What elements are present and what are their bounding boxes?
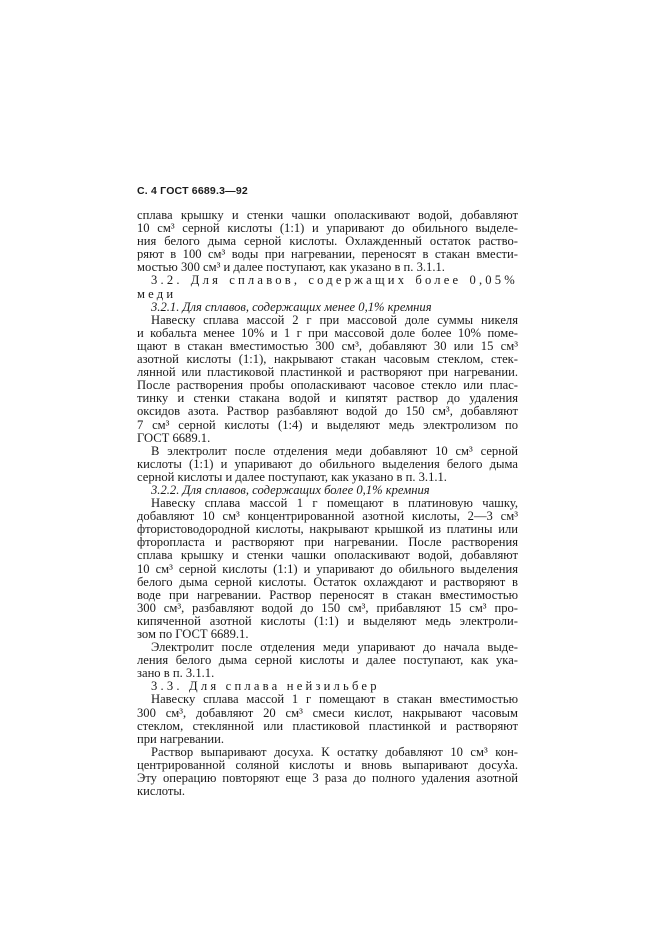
text-line: 3.2. Для сплавов, содержащих более 0,05% [137,274,518,287]
text-line: Эту операцию повторяют еще 3 раза до пол… [137,772,518,785]
text-line: оксидов азота. Раствор разбавляют водой … [137,405,518,418]
text-line: ГОСТ 6689.1. [137,432,518,445]
page-header: С. 4 ГОСТ 6689.3—92 [137,185,248,197]
text-line: серной кислоты и далее поступают, как ук… [137,471,518,484]
text-line: и кобальта менее 10% и 1 г при массовой … [137,327,518,340]
text-line: белого дыма серной кислоты. Остаток охла… [137,576,518,589]
text-line: воде при нагревании. Раствор переносят в… [137,589,518,602]
text-line: сплава крышку и стенки чашки ополаскиваю… [137,549,518,562]
text-line: 3.2.1. Для сплавов, содержащих менее 0,1… [137,301,518,314]
text-line: Навеску сплава массой 2 г при массовой д… [137,314,518,327]
text-line: 7 см³ серной кислоты (1:4) и выделяют ме… [137,419,518,432]
text-line: кислоты. [137,785,518,798]
text-line: меди [137,288,518,301]
text-line: при нагревании. [137,733,518,746]
text-line: кислоты (1:1) и упаривают до обильного в… [137,458,518,471]
text-line: В электролит после отделения меди добавл… [137,445,518,458]
text-line: 10 см³ серной кислоты (1:1) и упаривают … [137,563,518,576]
text-line: Навеску сплава массой 1 г помещают в ста… [137,693,518,706]
text-line: 300 см³, разбавляют водой до 150 см³, пр… [137,602,518,615]
text-line: стеклом, стеклянной или пластиковой плас… [137,720,518,733]
text-line: Раствор выпаривают досуха. К остатку доб… [137,746,518,759]
text-line: 300 см³, добавляют 20 см³ смеси кислот, … [137,707,518,720]
document-body: сплава крышку и стенки чашки ополаскиваю… [137,209,518,798]
scan-speck [506,760,508,762]
